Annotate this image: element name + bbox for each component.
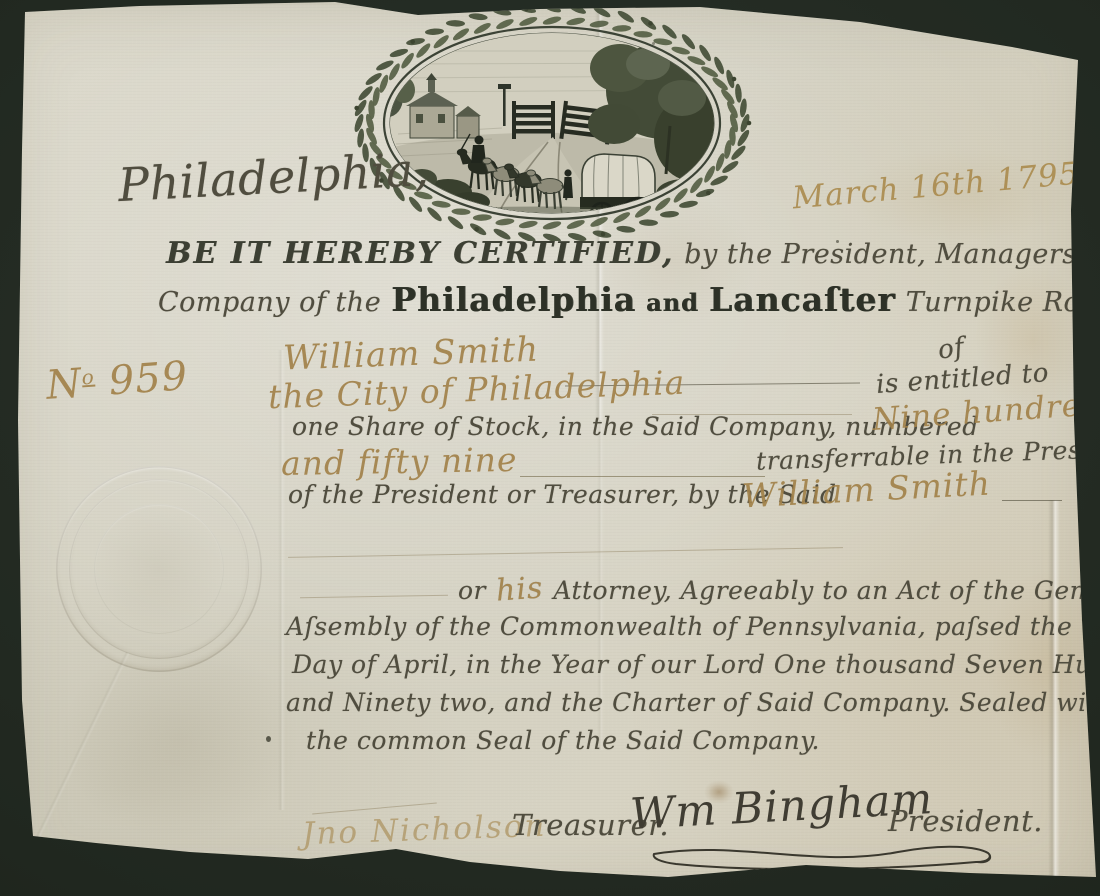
company-and: and	[646, 288, 699, 317]
company-of-the: Company of the	[158, 287, 381, 318]
embossed-seal	[56, 466, 262, 672]
attorney-line: or his Attorney, Agreeably to an Act of …	[458, 572, 1100, 607]
body-line-4-text: and Ninety two, and the Charter of Said …	[286, 688, 1100, 717]
certified-line1-rest: by the President, Managers, and	[684, 239, 1100, 270]
body-line-5: the common Seal of the Said Company.	[306, 726, 820, 755]
certified-line-1: BE IT HEREBY CERTIFIED, by the President…	[166, 236, 1100, 271]
company-name-philadelphia: Philadelphia	[391, 280, 636, 319]
ink-speck	[266, 736, 271, 742]
fold-vertical-left	[278, 350, 285, 810]
treasurer-signature: Jno Nicholson	[301, 808, 547, 853]
of-text: of	[936, 332, 966, 365]
president-title: President.	[888, 804, 1043, 838]
embossed-seal-inner-ring	[69, 479, 249, 659]
stain-lower-left	[60, 640, 300, 840]
treasurer-signature-text: Jno Nicholson	[301, 808, 547, 853]
blank-rule	[520, 476, 765, 477]
pen-dash	[1002, 500, 1062, 501]
or-text: or	[458, 576, 486, 605]
crease-diagonal-bottom-left	[16, 651, 131, 878]
signature-flourish	[646, 838, 996, 876]
wagon-driver	[563, 169, 573, 198]
company-name-lancaster: Lancaſter	[709, 280, 896, 319]
president-title-text: President.	[888, 804, 1043, 838]
number-digits: 959	[107, 353, 189, 404]
blank-rule-short	[300, 595, 448, 599]
photograph-of-certificate: Philadelphia, March 16th 1795 BE IT HERE…	[0, 0, 1100, 896]
body-line-2-text: Aſsembly of the Commonwealth of Pennsylv…	[286, 612, 1100, 641]
body-line-5-text: the common Seal of the Said Company.	[306, 726, 820, 755]
his-handwritten: his	[495, 570, 545, 608]
date-text: March 16th 1795	[791, 156, 1081, 217]
body-line-3: Day of April, in the Year of our Lord On…	[292, 650, 1100, 679]
body-line-4: and Ninety two, and the Charter of Said …	[286, 688, 1100, 717]
attorney-text: Attorney, Agreeably to an Act of the Gen…	[553, 576, 1100, 605]
tree	[393, 77, 415, 103]
certified-line-2: Company of the Philadelphia and Lancaſte…	[158, 280, 1100, 319]
certificate-paper: Philadelphia, March 16th 1795 BE IT HERE…	[0, 0, 1100, 896]
blank-rule-long	[288, 547, 843, 558]
share-number-words-2: and fifty nine	[281, 440, 518, 483]
embossed-seal-center	[94, 504, 224, 634]
and-fifty-nine-text: and fifty nine	[281, 440, 518, 483]
body-line-2: Aſsembly of the Commonwealth of Pennsylv…	[286, 612, 1100, 641]
number-n: N	[45, 361, 84, 409]
certificate-number: No 959	[45, 353, 190, 409]
turnpike-road-that: Turnpike Road, that	[906, 287, 1100, 318]
number-sup: o	[81, 365, 96, 390]
of-word: of	[936, 332, 966, 365]
certified-heading: BE IT HEREBY CERTIFIED,	[166, 236, 674, 271]
turnpike-vignette	[352, 6, 752, 241]
date-handwritten: March 16th 1795	[791, 156, 1081, 217]
body-line-3-text: Day of April, in the Year of our Lord On…	[292, 650, 1100, 679]
